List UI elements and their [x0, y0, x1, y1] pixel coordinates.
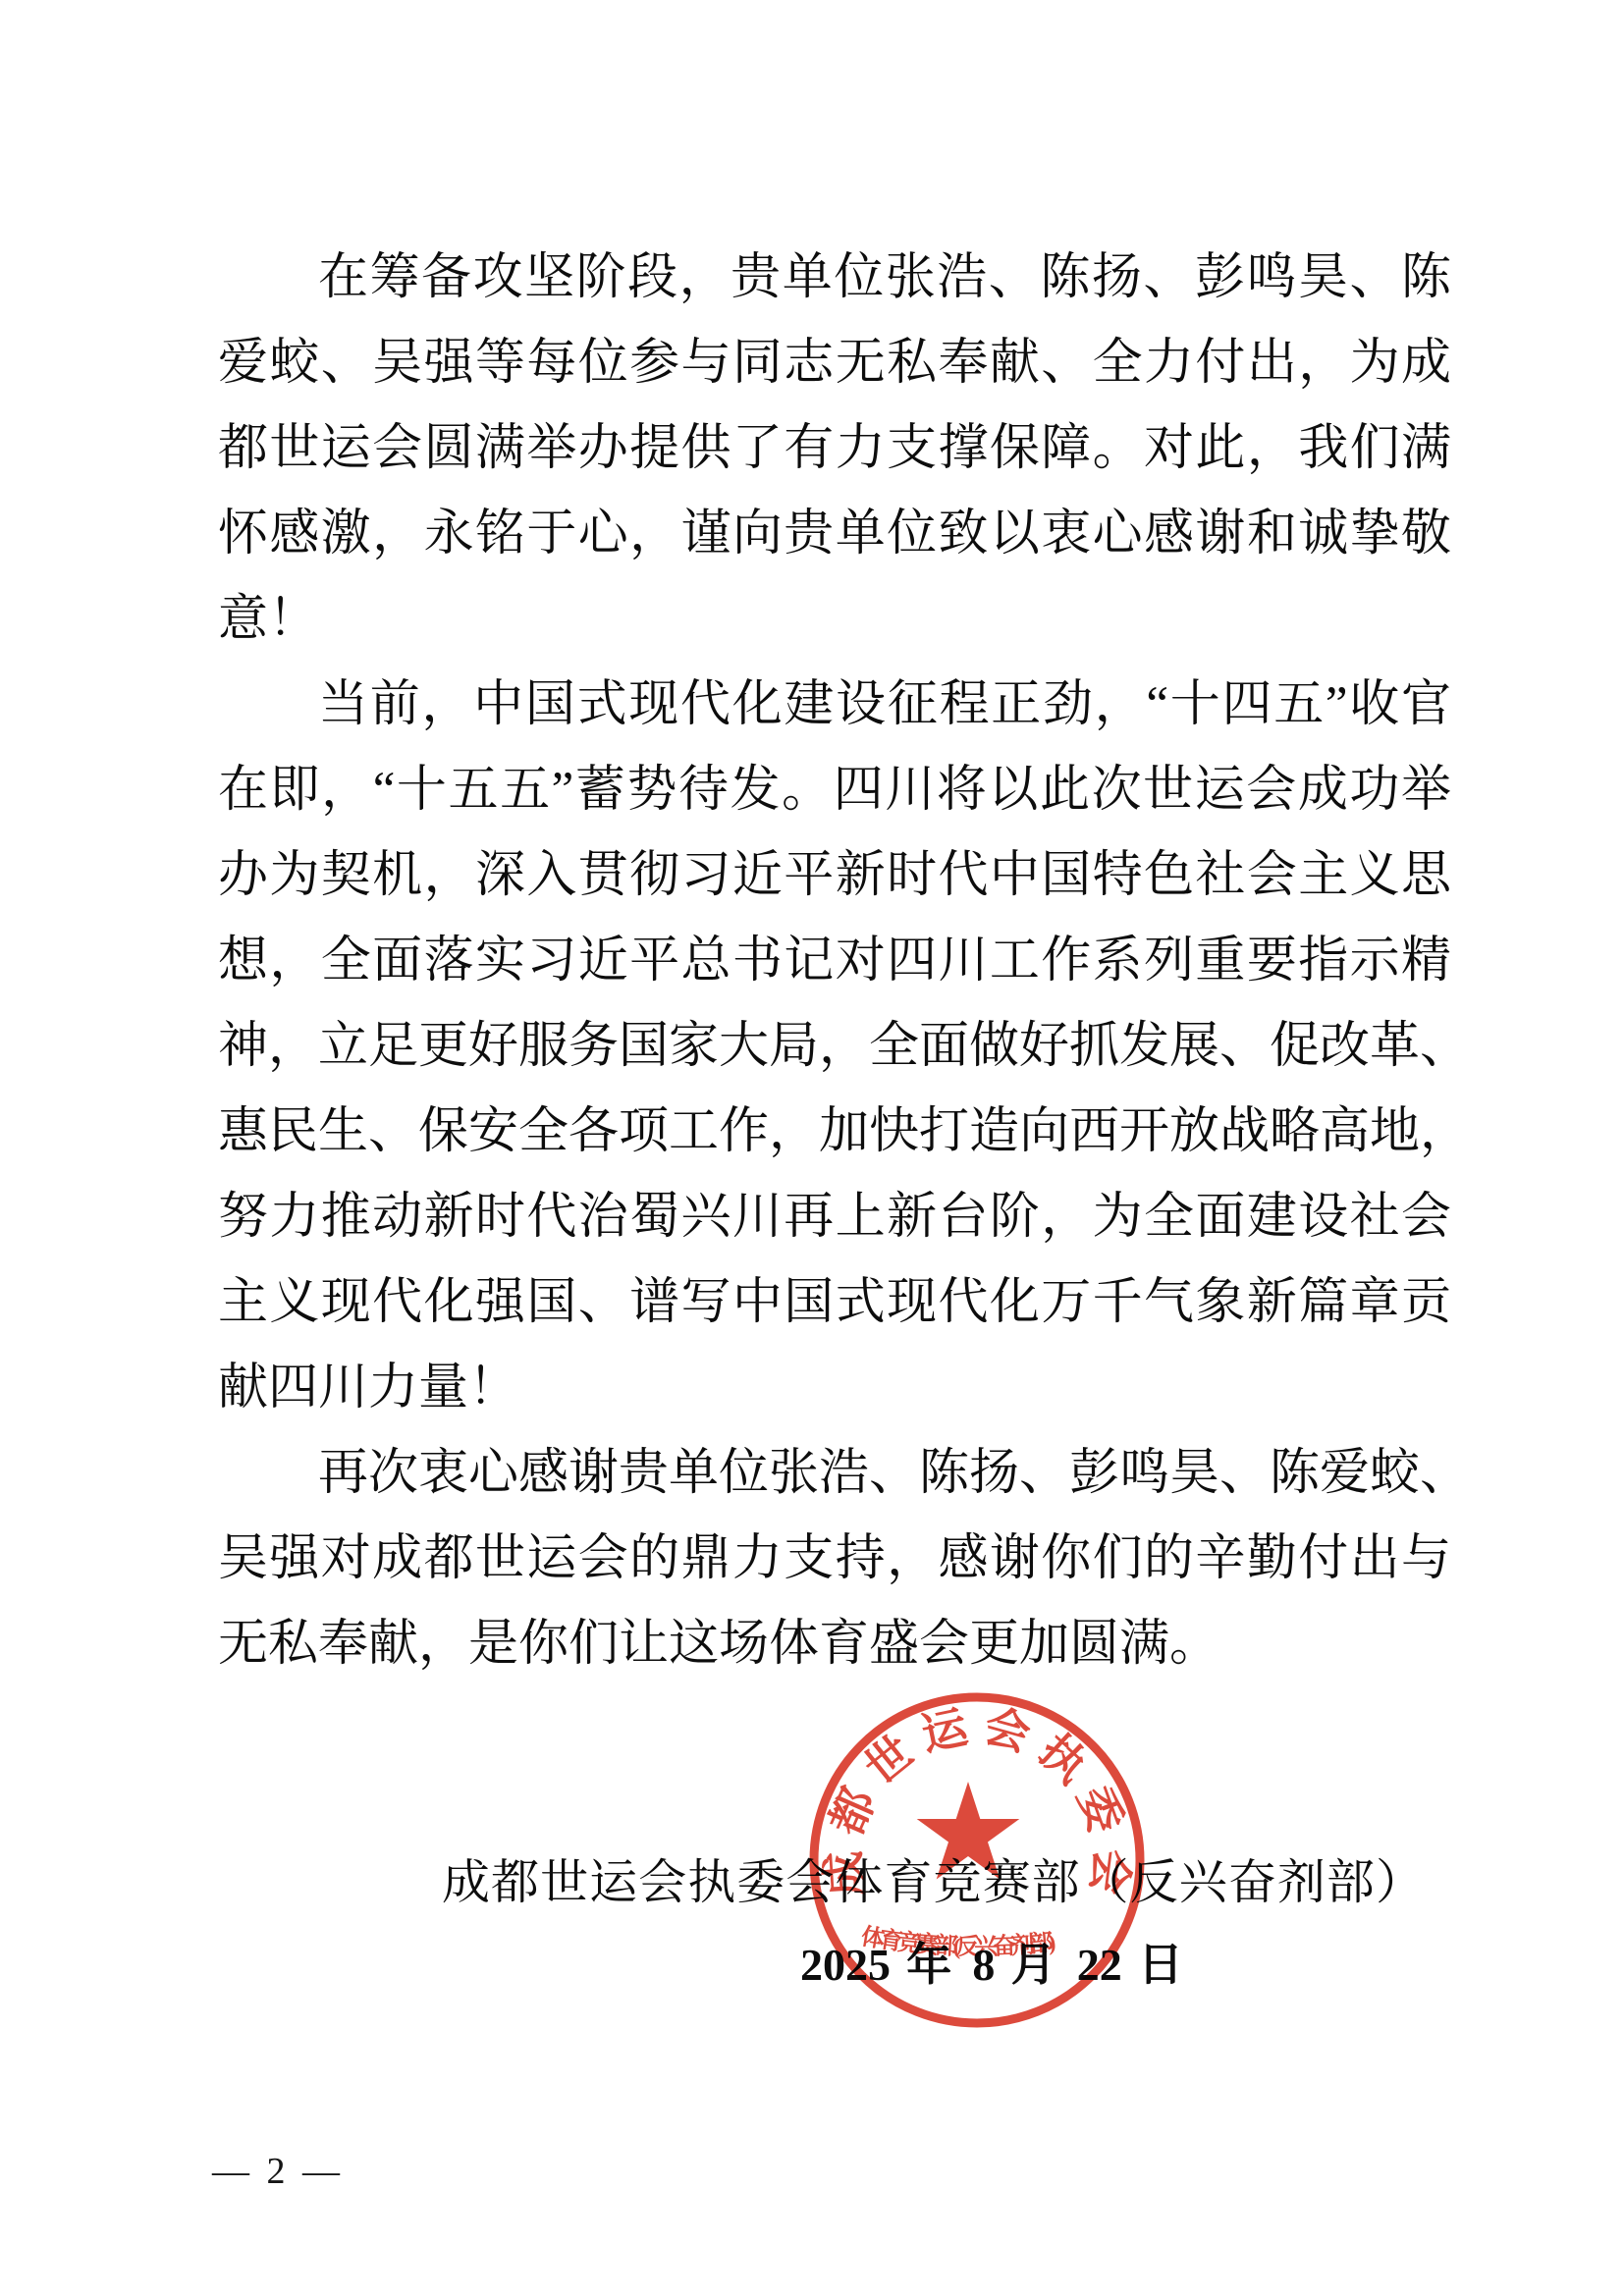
body-line: 都世运会圆满举办提供了有力支撑保障。对此，我们满	[218, 406, 1451, 492]
body-line: 在即，“十五五”蓄势待发。四川将以此次世运会成功举	[218, 748, 1451, 833]
body-line: 办为契机，深入贯彻习近平新时代中国特色社会主义思	[218, 833, 1451, 919]
body-line: 再次衷心感谢贵单位张浩、陈扬、彭鸣昊、陈爱蛟、	[218, 1431, 1451, 1517]
body-line: 爱蛟、吴强等每位参与同志无私奉献、全力付出，为成	[218, 321, 1451, 406]
body-line: 当前，中国式现代化建设征程正劲，“十四五”收官	[218, 663, 1451, 748]
body-line: 无私奉献，是你们让这场体育盛会更加圆满。	[218, 1602, 1451, 1687]
body-line: 惠民生、保安全各项工作，加快打造向西开放战略高地，	[218, 1090, 1451, 1175]
body-line: 主义现代化强国、谱写中国式现代化万千气象新篇章贡	[218, 1260, 1451, 1346]
body-line: 怀感激，永铭于心，谨向贵单位致以衷心感谢和诚挚敬	[218, 492, 1451, 577]
body-line: 想，全面落实习近平总书记对四川工作系列重要指示精	[218, 919, 1451, 1004]
body-line: 在筹备攻坚阶段，贵单位张浩、陈扬、彭鸣昊、陈	[218, 236, 1451, 321]
body-line: 献四川力量！	[218, 1346, 1451, 1431]
body-line: 神，立足更好服务国家大局，全面做好抓发展、促改革、	[218, 1004, 1451, 1090]
signature-date: 2025 年 8 月 22 日	[800, 1936, 1183, 1995]
signature-org: 成都世运会执委会体育竞赛部（反兴奋剂部）	[442, 1853, 1424, 1912]
letter-page: 在筹备攻坚阶段，贵单位张浩、陈扬、彭鸣昊、陈 爱蛟、吴强等每位参与同志无私奉献、…	[0, 0, 1624, 2296]
body-line: 吴强对成都世运会的鼎力支持，感谢你们的辛勤付出与	[218, 1517, 1451, 1602]
letter-body: 在筹备攻坚阶段，贵单位张浩、陈扬、彭鸣昊、陈 爱蛟、吴强等每位参与同志无私奉献、…	[218, 236, 1451, 1687]
body-line: 努力推动新时代治蜀兴川再上新台阶，为全面建设社会	[218, 1175, 1451, 1260]
page-number: — 2 —	[212, 2150, 344, 2193]
body-line: 意！	[218, 577, 1451, 663]
